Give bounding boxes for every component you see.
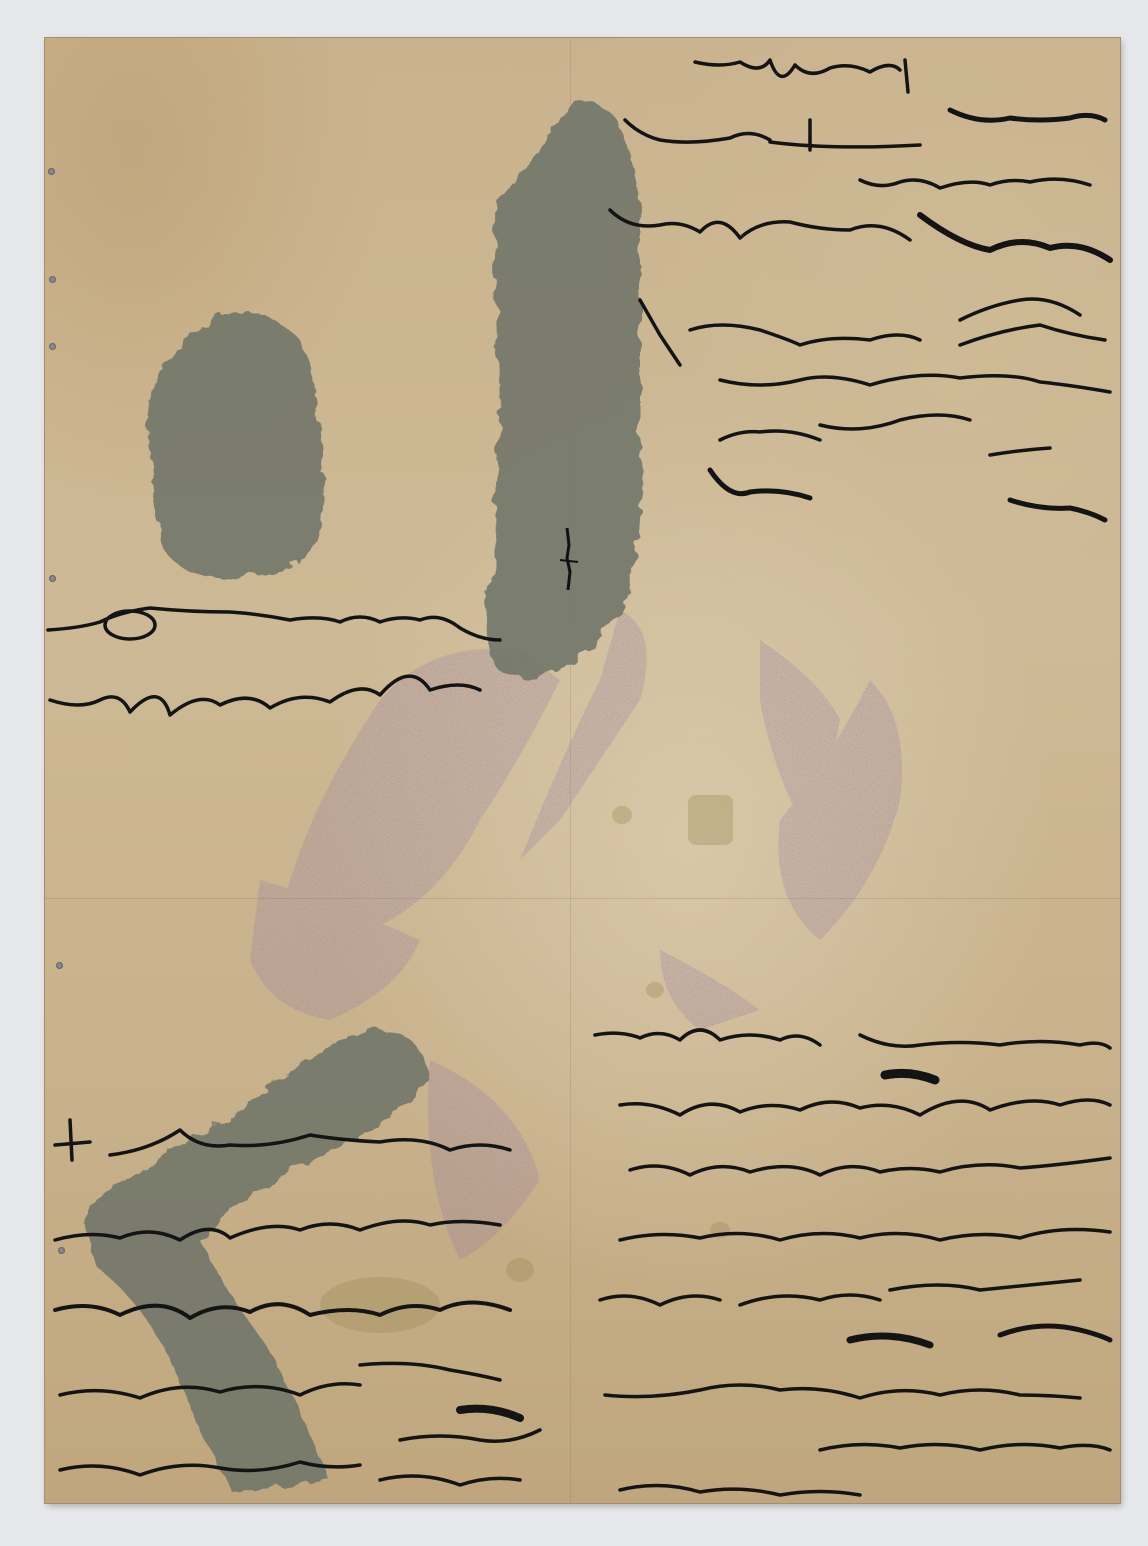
top-right-text-block: [610, 60, 1110, 520]
calligraphy-text: [0, 0, 1148, 1546]
bottom-left-text-block: [55, 1120, 540, 1485]
bottom-right-text-block: [595, 1030, 1110, 1495]
middle-left-text-block: [48, 608, 500, 715]
